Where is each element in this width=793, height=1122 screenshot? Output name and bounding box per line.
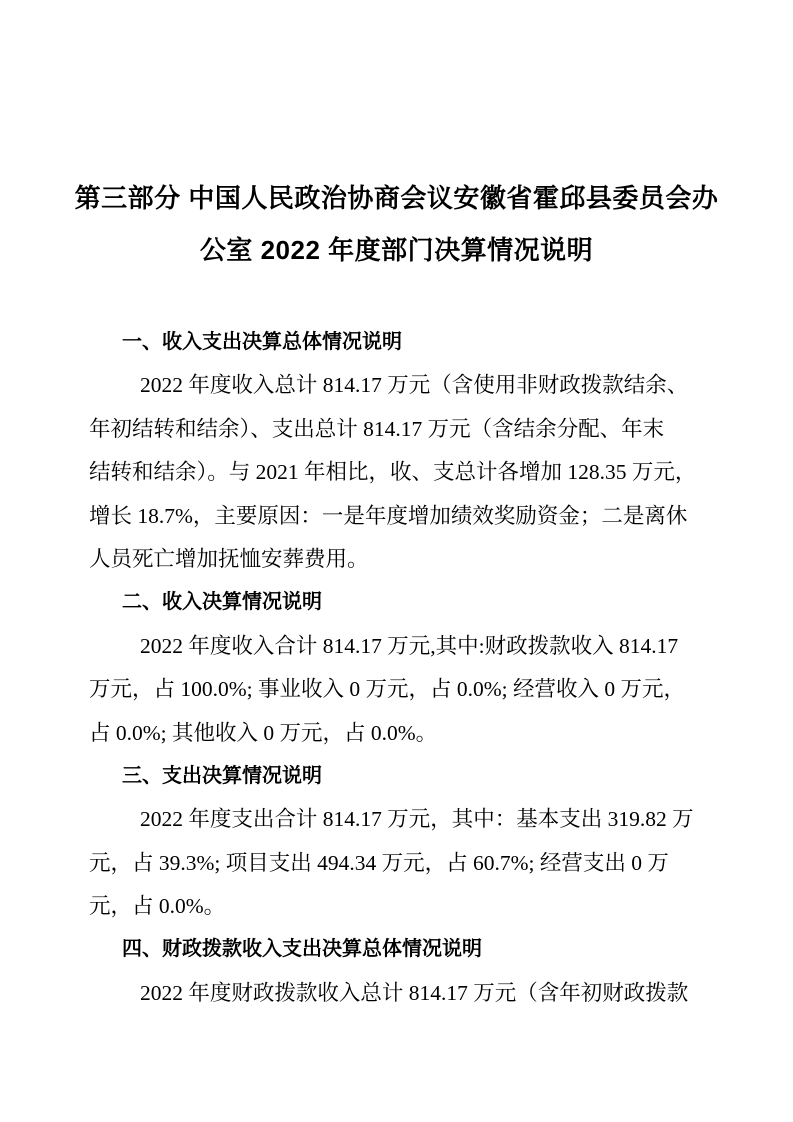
section-3-heading: 三、支出决算情况说明: [89, 755, 709, 798]
section-1-paragraph-line: 2022 年度收入总计 814.17 万元（含使用非财政拨款结余、: [89, 364, 709, 407]
section-4-paragraph-line: 2022 年度财政拨款收入总计 814.17 万元（含年初财政拨款: [89, 972, 709, 1015]
document-body: 一、收入支出决算总体情况说明 2022 年度收入总计 814.17 万元（含使用…: [89, 321, 709, 1015]
section-4-heading: 四、财政拨款收入支出决算总体情况说明: [89, 928, 709, 971]
section-3-paragraph-line: 元，占 39.3%; 项目支出 494.34 万元，占 60.7%; 经营支出 …: [89, 842, 709, 885]
section-2-paragraph-line: 占 0.0%; 其他收入 0 万元，占 0.0%。: [89, 712, 709, 755]
section-1-paragraph-line: 结转和结余）。与 2021 年相比，收、支总计各增加 128.35 万元，: [89, 451, 709, 494]
document-title: 第三部分 中国人民政治协商会议安徽省霍邱县委员会办 公室 2022 年度部门决算…: [40, 172, 753, 276]
section-2-paragraph-line: 2022 年度收入合计 814.17 万元,其中:财政拨款收入 814.17: [89, 625, 709, 668]
document-page: 第三部分 中国人民政治协商会议安徽省霍邱县委员会办 公室 2022 年度部门决算…: [0, 0, 793, 1122]
section-3-paragraph-line: 2022 年度支出合计 814.17 万元，其中：基本支出 319.82 万: [89, 798, 709, 841]
section-1-heading: 一、收入支出决算总体情况说明: [89, 321, 709, 364]
section-1-paragraph-line: 人员死亡增加抚恤安葬费用。: [89, 538, 709, 581]
section-2-paragraph-line: 万元，占 100.0%; 事业收入 0 万元，占 0.0%; 经营收入 0 万元…: [89, 668, 709, 711]
document-title-line-2: 公室 2022 年度部门决算情况说明: [40, 224, 753, 276]
section-2-heading: 二、收入决算情况说明: [89, 581, 709, 624]
document-title-line-1: 第三部分 中国人民政治协商会议安徽省霍邱县委员会办: [40, 172, 753, 224]
section-3-paragraph-line: 元，占 0.0%。: [89, 885, 709, 928]
section-1-paragraph-line: 年初结转和结余）、支出总计 814.17 万元（含结余分配、年末: [89, 408, 709, 451]
section-1-paragraph-line: 增长 18.7%，主要原因：一是年度增加绩效奖励资金；二是离休: [89, 495, 709, 538]
